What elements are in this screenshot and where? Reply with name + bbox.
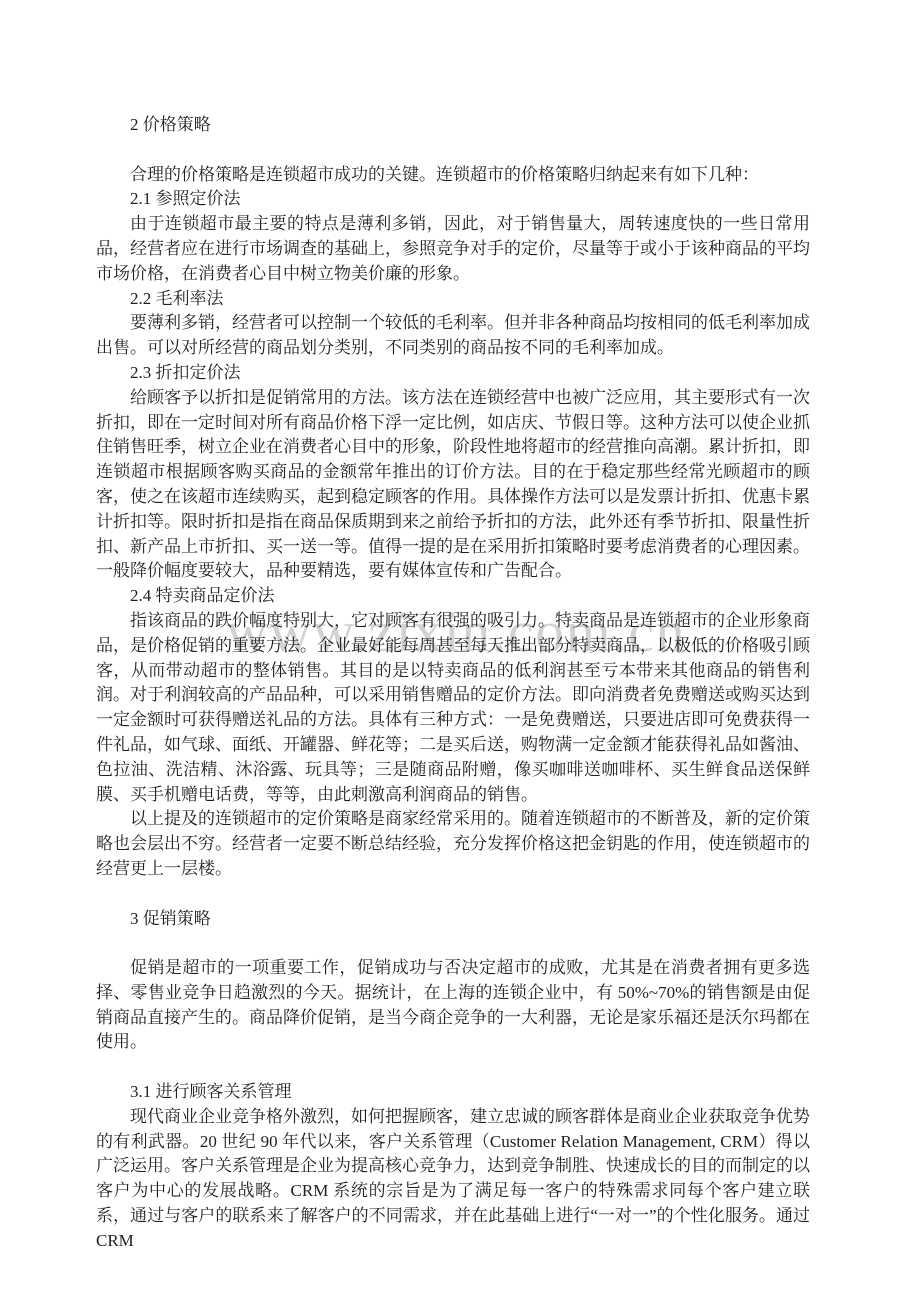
section-heading: 3 促销策略 xyxy=(96,907,810,932)
section-heading: 2.2 毛利率法 xyxy=(96,287,810,312)
section-heading: 2 价格策略 xyxy=(96,113,810,138)
section-heading: 2.4 特卖商品定价法 xyxy=(96,584,810,609)
document-body: 2 价格策略合理的价格策略是连锁超市成功的关键。连锁超市的价格策略归纳起来有如下… xyxy=(96,113,810,1254)
section-heading: 3.1 进行顾客关系管理 xyxy=(96,1080,810,1105)
body-paragraph: 要薄利多销，经营者可以控制一个较低的毛利率。但并非各种商品均按相同的低毛利率加成… xyxy=(96,311,810,361)
body-paragraph: 由于连锁超市最主要的特点是薄利多销，因此，对于销售量大，周转速度快的一些日常用品… xyxy=(96,212,810,286)
body-paragraph: 以上提及的连锁超市的定价策略是商家经常采用的。随着连锁超市的不断普及，新的定价策… xyxy=(96,807,810,881)
document-page: www.zixin.com.cn 2 价格策略合理的价格策略是连锁超市成功的关键… xyxy=(0,0,920,1302)
section-heading: 2.1 参照定价法 xyxy=(96,187,810,212)
body-paragraph: 合理的价格策略是连锁超市成功的关键。连锁超市的价格策略归纳起来有如下几种： xyxy=(96,163,810,188)
body-paragraph: 指该商品的跌价幅度特别大，它对顾客有很强的吸引力。特卖商品是连锁超市的企业形象商… xyxy=(96,609,810,807)
body-paragraph: 现代商业企业竞争格外激烈，如何把握顾客，建立忠诚的顾客群体是商业企业获取竞争优势… xyxy=(96,1105,810,1254)
body-paragraph: 促销是超市的一项重要工作，促销成功与否决定超市的成败，尤其是在消费者拥有更多选择… xyxy=(96,956,810,1055)
body-paragraph: 给顾客予以折扣是促销常用的方法。该方法在连锁经营中也被广泛应用，其主要形式有一次… xyxy=(96,386,810,584)
section-heading: 2.3 折扣定价法 xyxy=(96,361,810,386)
